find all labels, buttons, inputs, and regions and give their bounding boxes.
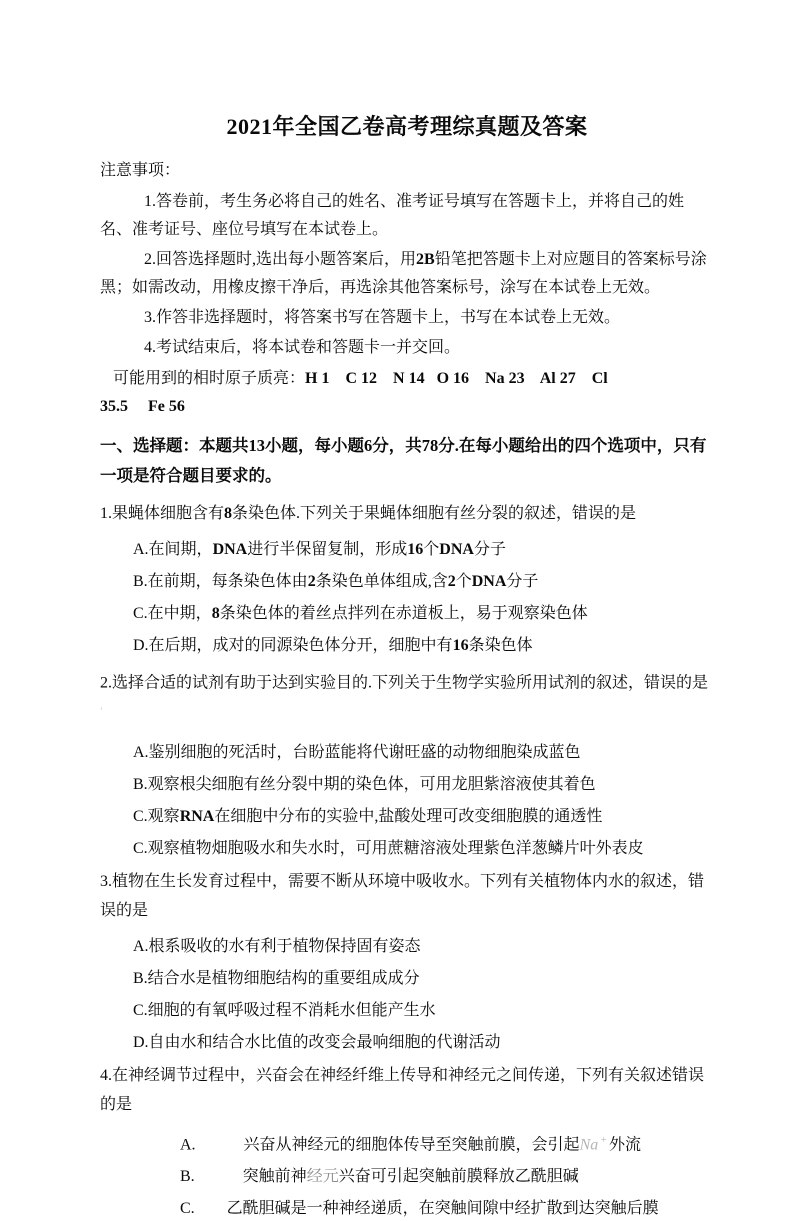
page-title: 2021年全国乙卷高考理综真题及答案	[100, 110, 714, 141]
notice-paragraph-2: 2.回答选择题时,选出每小题答案后，用2B铅笔把答题卡上对应题目的答案标号涂黑；…	[100, 246, 714, 302]
question-4: 4.在神经调节过程中，兴奋会在神经纤维上传导和神经元之间传递，下列有关叙述错误的…	[100, 1061, 714, 1219]
section-one-header: 一、选择题：本题共13小题，每小题6分，共78分.在每小题给出的四个选项中，只有…	[100, 431, 714, 491]
exam-document-page: 2021年全国乙卷高考理综真题及答案 注意事项： 1.答卷前，考生务必将自己的姓…	[0, 0, 810, 1221]
question-3-stem: 3.植物在生长发育过程中，需要不断从环境中吸收水。下列有关植物体内水的叙述，错误…	[100, 867, 714, 925]
question-1: 1.果蝇体细胞含有8条染色体.下列关于果蝇体细胞有丝分裂的叙述，错误的是 A.在…	[100, 499, 714, 656]
question-2-stem: 2.选择合适的试剂有助于达到实验目的.下列关于生物学实验所用试剂的叙述，错误的是…	[100, 664, 714, 731]
question-1-stem: 1.果蝇体细胞含有8条染色体.下列关于果蝇体细胞有丝分裂的叙述，错误的是	[100, 499, 714, 528]
question-1-option-d: D.在后期，成对的同源染色体分开，细胞中有16条染色体	[133, 635, 714, 656]
question-4-option-a: A. 兴奋从神经元的细胞体传导至突触前膜，会引起Na+外流	[180, 1130, 714, 1155]
question-4-option-c: C. 乙酰胆碱是一种神经递质，在突触间隙中经扩散到达突触后膜	[180, 1198, 714, 1219]
question-1-option-c: C.在中期，8条染色体的着丝点拌列在赤道板上，易于观察染色体	[133, 603, 714, 624]
question-3-option-c: C.细胞的有氧呼吸过程不消耗水但能产生水	[133, 1000, 714, 1021]
question-2-option-b: B.观察根尖细胞有丝分裂中期的染色体，可用龙胆紫溶液使其着色	[133, 774, 714, 795]
question-3-option-d: D.自由水和结合水比值的改变会最响细胞的代谢活动	[133, 1032, 714, 1053]
notice-paragraph-1: 1.答卷前，考生务必将自己的姓名、准考证号填写在答题卡上，并将自己的姓名、准考证…	[100, 188, 714, 244]
atomic-mass-line-2: 35.5 Fe 56	[100, 393, 714, 421]
question-3: 3.植物在生长发育过程中，需要不断从环境中吸收水。下列有关植物体内水的叙述，错误…	[100, 867, 714, 1053]
question-2-option-c2: C.观察植物畑胞吸水和失水时，可用蔗糖溶液处理紫色洋葱鳞片叶外表皮	[133, 838, 714, 859]
question-4-stem: 4.在神经调节过程中，兴奋会在神经纤维上传导和神经元之间传递，下列有关叙述错误的…	[100, 1061, 714, 1119]
question-1-option-b: B.在前期，每条染色体由2条染色单体组成,含2个DNA分子	[133, 571, 714, 592]
question-3-option-b: B.结合水是植物细胞结构的重要组成成分	[133, 968, 714, 989]
question-4-option-b: B. 突触前神经元兴奋可引起突触前膜释放乙酰胆碱	[180, 1166, 714, 1187]
atomic-mass-line-1: 可能用到的相时原子质亮：H 1 C 12 N 14 O 16 Na 23 Al …	[100, 365, 714, 393]
notice-paragraph-4: 4.考试结束后，将本试卷和答题卡一并交回。	[100, 334, 714, 362]
question-2-option-c1: C.观察RNA在细胞中分布的实验中,盐酸处理可改变细胞膜的通透性	[133, 806, 714, 827]
notice-paragraph-3: 3.作答非选择题时，将答案书写在答题卡上，书写在本试卷上无效。	[100, 304, 714, 332]
notice-heading: 注意事项：	[100, 158, 714, 184]
question-3-option-a: A.根系吸收的水有利于植物保持固有姿态	[133, 936, 714, 957]
question-2: 2.选择合适的试剂有助于达到实验目的.下列关于生物学实验所用试剂的叙述，错误的是…	[100, 664, 714, 859]
question-1-option-a: A.在间期，DNA进行半保留复制，形成16个DNA分子	[133, 539, 714, 560]
question-2-option-a: A.鉴别细胞的死活时，台盼蓝能将代谢旺盛的动物细胞染成蓝色	[133, 742, 714, 763]
